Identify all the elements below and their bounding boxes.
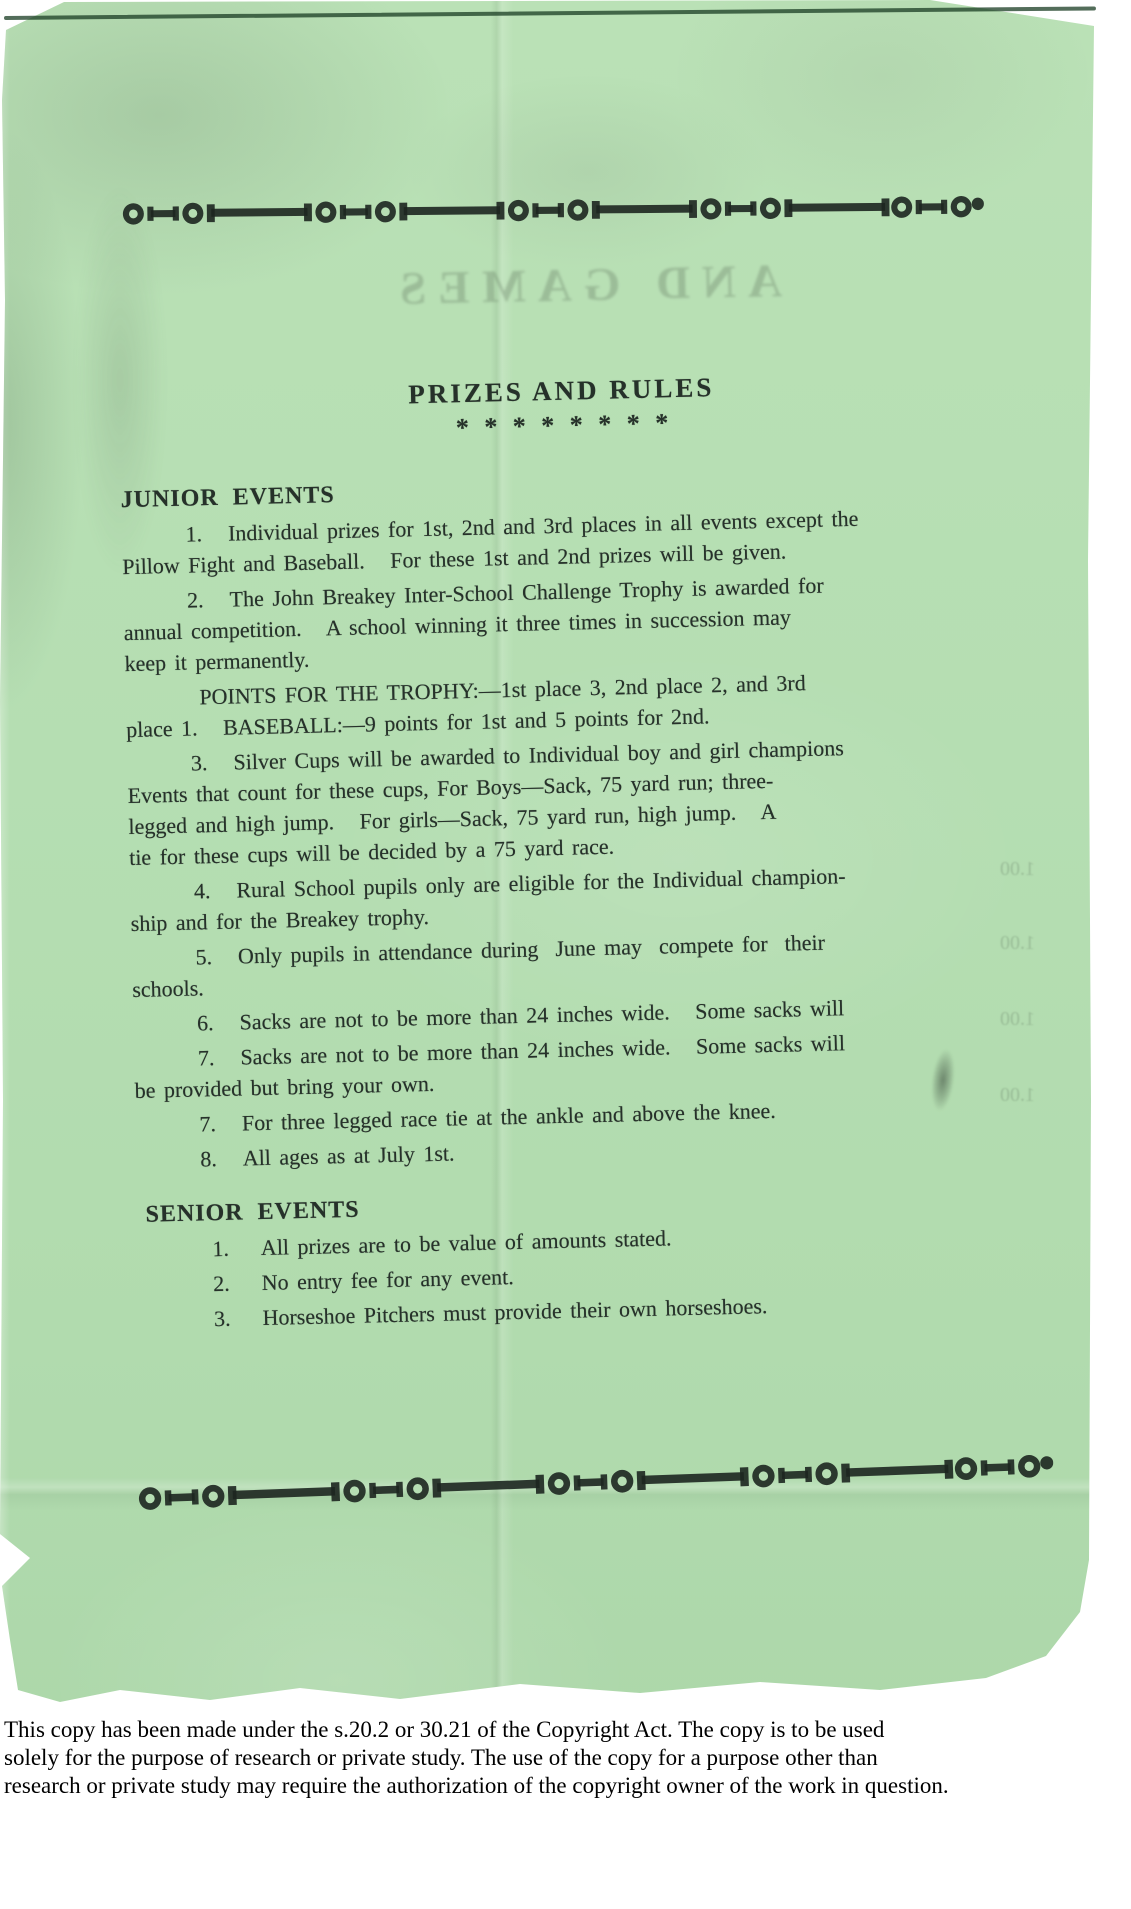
rule-number: 5.: [195, 944, 212, 969]
rule-text: Horseshoe Pitchers must provide their ow…: [262, 1293, 767, 1330]
rule-text: Sacks are not to be more than 24 inches …: [134, 1030, 845, 1103]
copyright-line: solely for the purpose of research or pr…: [4, 1744, 1128, 1772]
rule-number: 6.: [197, 1010, 214, 1035]
rule-number: 3.: [191, 750, 208, 775]
rule-number: 8.: [200, 1146, 217, 1171]
rule-text: No entry fee for any event.: [261, 1264, 514, 1295]
rule-text: For three legged race tie at the ankle a…: [242, 1098, 776, 1136]
rule-number: 2.: [187, 587, 204, 612]
copyright-line: research or private study may require th…: [4, 1772, 1128, 1800]
scanned-document-page: AND GAMES 1.00 1.00 1.00 1.00: [0, 0, 1131, 1909]
junior-events-section: JUNIOR EVENTS 1.Individual prizes for 1s…: [120, 466, 1022, 1176]
rule-text: Individual prizes for 1st, 2nd and 3rd p…: [122, 506, 859, 579]
rule-item: 2.The John Breakey Inter-School Challeng…: [123, 565, 1011, 679]
rule-number: 1.: [185, 521, 202, 546]
rule-number: 1.: [212, 1236, 229, 1261]
senior-events-section: SENIOR EVENTS 1.All prizes are to be val…: [137, 1181, 1026, 1336]
copyright-line: This copy has been made under the s.20.2…: [4, 1716, 1128, 1744]
rule-item: 3.Silver Cups will be awarded to Individ…: [127, 728, 1016, 873]
rule-number: 4.: [194, 878, 211, 903]
rule-text: Silver Cups will be awarded to Individua…: [127, 735, 844, 870]
rule-text: Only pupils in attendance during June ma…: [132, 930, 825, 1002]
printed-content: PRIZES AND RULES * * * * * * * * JUNIOR …: [118, 365, 1026, 1340]
rule-text: Rural School pupils only are eligible fo…: [130, 863, 845, 936]
rule-text: POINTS FOR THE TROPHY:—1st place 3, 2nd …: [126, 670, 806, 742]
rule-number: [173, 685, 174, 710]
copyright-notice: This copy has been made under the s.20.2…: [4, 1716, 1128, 1800]
rule-number: 2.: [213, 1271, 230, 1296]
rule-number: 7.: [198, 1045, 215, 1070]
rule-text: The John Breakey Inter-School Challenge …: [124, 573, 824, 676]
rule-text: All prizes are to be value of amounts st…: [261, 1225, 672, 1260]
rule-text: All ages as at July 1st.: [242, 1140, 454, 1170]
rule-number: 3.: [214, 1306, 231, 1331]
rule-number: 7.: [199, 1111, 216, 1136]
